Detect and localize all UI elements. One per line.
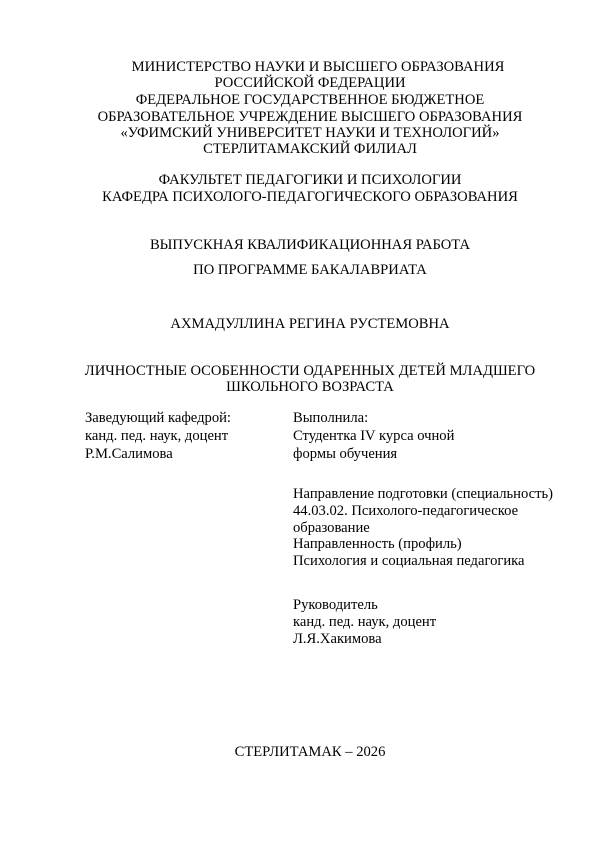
profile-value: Психология и социальная педагогика	[293, 553, 525, 569]
supervisor-label: Руководитель	[293, 597, 378, 613]
direction-name: образование	[293, 520, 370, 536]
profile-label: Направленность (профиль)	[293, 536, 462, 552]
performed-by-student: Студентка IV курса очной	[293, 428, 454, 444]
supervisor-degree: канд. пед. наук, доцент	[293, 614, 436, 630]
thesis-title-line2: ШКОЛЬНОГО ВОЗРАСТА	[0, 379, 595, 395]
header-institution-type: ОБРАЗОВАТЕЛЬНОЕ УЧРЕЖДЕНИЕ ВЫСШЕГО ОБРАЗ…	[0, 109, 595, 125]
faculty-name: ФАКУЛЬТЕТ ПЕДАГОГИКИ И ПСИХОЛОГИИ	[0, 172, 595, 188]
performed-by-label: Выполнила:	[293, 410, 368, 426]
department-name: КАФЕДРА ПСИХОЛОГО-ПЕДАГОГИЧЕСКОГО ОБРАЗО…	[0, 189, 595, 205]
direction-label: Направление подготовки (специальность)	[293, 486, 553, 502]
author-name: АХМАДУЛЛИНА РЕГИНА РУСТЕМОВНА	[0, 316, 595, 332]
header-university: «УФИМСКИЙ УНИВЕРСИТЕТ НАУКИ И ТЕХНОЛОГИЙ…	[0, 125, 595, 141]
head-of-department-degree: канд. пед. наук, доцент	[85, 428, 228, 444]
thesis-title-line1: ЛИЧНОСТНЫЕ ОСОБЕННОСТИ ОДАРЕННЫХ ДЕТЕЙ М…	[0, 363, 595, 379]
work-type-line1: ВЫПУСКНАЯ КВАЛИФИКАЦИОННАЯ РАБОТА	[0, 237, 595, 253]
supervisor-name: Л.Я.Хакимова	[293, 631, 382, 647]
work-type-line2: ПО ПРОГРАММЕ БАКАЛАВРИАТА	[0, 262, 595, 278]
head-of-department-label: Заведующий кафедрой:	[85, 410, 231, 426]
header-country: РОССИЙСКОЙ ФЕДЕРАЦИИ	[0, 75, 595, 91]
city-year: СТЕРЛИТАМАК – 2026	[0, 744, 595, 760]
head-of-department-name: Р.М.Салимова	[85, 446, 173, 462]
document-page: МИНИСТЕРСТВО НАУКИ И ВЫСШЕГО ОБРАЗОВАНИЯ…	[0, 0, 595, 841]
direction-code: 44.03.02. Психолого-педагогическое	[293, 503, 518, 519]
header-branch: СТЕРЛИТАМАКСКИЙ ФИЛИАЛ	[0, 141, 595, 157]
performed-by-study-form: формы обучения	[293, 446, 397, 462]
header-ministry: МИНИСТЕРСТВО НАУКИ И ВЫСШЕГО ОБРАЗОВАНИЯ	[0, 59, 595, 75]
header-federal: ФЕДЕРАЛЬНОЕ ГОСУДАРСТВЕННОЕ БЮДЖЕТНОЕ	[0, 92, 595, 108]
